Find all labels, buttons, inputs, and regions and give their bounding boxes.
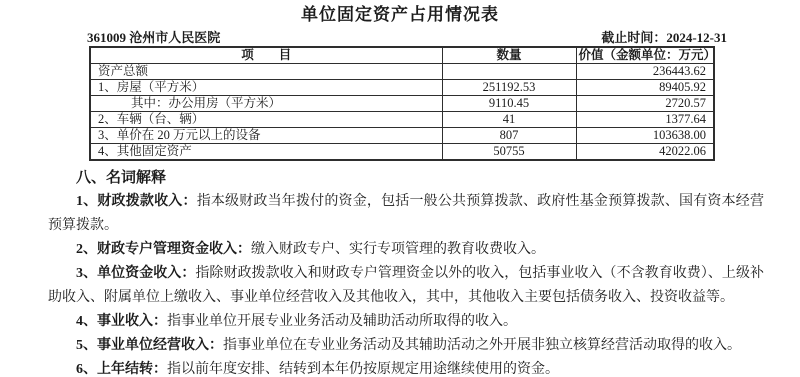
- row-quantity: 807: [442, 128, 576, 144]
- row-value: 236443.62: [576, 64, 714, 80]
- glossary-term-fiscal-special-account: 2、财政专户管理资金收入：缴入财政专户、实行专项管理的教育收费收入。: [48, 238, 764, 262]
- term-label: 6、上年结转：: [76, 362, 167, 377]
- glossary-term-prior-year-carryover: 6、上年结转：指以前年度安排、结转到本年仍按原规定用途继续使用的资金。: [48, 358, 764, 377]
- deadline: 截止时间：2024-12-31: [601, 30, 727, 46]
- table-header-row: 项 目 数量 价值（金额单位：万元）: [90, 47, 714, 64]
- row-item-label: 2、车辆（台、辆）: [90, 112, 442, 128]
- table-meta-row: 361009 沧州市人民医院 截止时间：2024-12-31: [87, 30, 727, 46]
- term-label: 3、单位资金收入：: [76, 266, 195, 281]
- unit-code-name: 361009 沧州市人民医院: [87, 30, 220, 46]
- row-item-label: 其中：办公用房（平方米）: [90, 96, 442, 112]
- term-label: 5、事业单位经营收入：: [76, 338, 223, 353]
- fixed-assets-table: 项 目 数量 价值（金额单位：万元） 资产总额 236443.62 1、房屋（平…: [89, 46, 715, 161]
- document-page: 单位固定资产占用情况表 361009 沧州市人民医院 截止时间：2024-12-…: [0, 5, 800, 377]
- table-row-equipment-over-200k: 3、单价在 20 万元以上的设备 807 103638.00: [90, 128, 714, 144]
- row-item-label: 资产总额: [90, 64, 442, 80]
- row-quantity: 50755: [442, 144, 576, 161]
- table-row-office-space: 其中：办公用房（平方米） 9110.45 2720.57: [90, 96, 714, 112]
- table-row-total-assets: 资产总额 236443.62: [90, 64, 714, 80]
- term-definition: 指事业单位在专业业务活动及其辅助活动之外开展非独立核算经营活动取得的收入。: [223, 338, 741, 353]
- glossary-term-operating-income: 5、事业单位经营收入：指事业单位在专业业务活动及其辅助活动之外开展非独立核算经营…: [48, 334, 764, 358]
- column-header-item: 项 目: [90, 47, 442, 64]
- row-value: 1377.64: [576, 112, 714, 128]
- glossary-term-institution-income: 4、事业收入：指事业单位开展专业业务活动及辅助活动所取得的收入。: [48, 310, 764, 334]
- row-value: 2720.57: [576, 96, 714, 112]
- row-value: 42022.06: [576, 144, 714, 161]
- deadline-date: 2024-12-31: [666, 30, 727, 45]
- table-row-buildings: 1、房屋（平方米） 251192.53 89405.92: [90, 80, 714, 96]
- row-quantity: 9110.45: [442, 96, 576, 112]
- term-definition: 指事业单位开展专业业务活动及辅助活动所取得的收入。: [167, 314, 517, 329]
- row-value: 103638.00: [576, 128, 714, 144]
- table-row-other-fixed-assets: 4、其他固定资产 50755 42022.06: [90, 144, 714, 161]
- term-label: 1、财政拨款收入：: [76, 194, 197, 209]
- column-header-quantity: 数量: [442, 47, 576, 64]
- row-value: 89405.92: [576, 80, 714, 96]
- term-label: 2、财政专户管理资金收入：: [76, 242, 251, 257]
- row-item-label: 3、单价在 20 万元以上的设备: [90, 128, 442, 144]
- glossary-term-unit-funds-income: 3、单位资金收入：指除财政拨款收入和财政专户管理资金以外的收入，包括事业收入（不…: [48, 262, 764, 310]
- glossary-term-fiscal-appropriation: 1、财政拨款收入：指本级财政当年拨付的资金，包括一般公共预算拨款、政府性基金预算…: [48, 190, 764, 238]
- row-item-label: 1、房屋（平方米）: [90, 80, 442, 96]
- row-quantity: [442, 64, 576, 80]
- glossary-heading: 八、名词解释: [76, 166, 764, 190]
- page-title: 单位固定资产占用情况表: [0, 5, 800, 24]
- row-quantity: 41: [442, 112, 576, 128]
- term-definition: 指以前年度安排、结转到本年仍按原规定用途继续使用的资金。: [167, 362, 559, 377]
- term-definition: 缴入财政专户、实行专项管理的教育收费收入。: [251, 242, 545, 257]
- row-quantity: 251192.53: [442, 80, 576, 96]
- glossary-section: 八、名词解释 1、财政拨款收入：指本级财政当年拨付的资金，包括一般公共预算拨款、…: [48, 166, 764, 377]
- column-header-value: 价值（金额单位：万元）: [576, 47, 714, 64]
- term-label: 4、事业收入：: [76, 314, 167, 329]
- row-item-label: 4、其他固定资产: [90, 144, 442, 161]
- table-row-vehicles: 2、车辆（台、辆） 41 1377.64: [90, 112, 714, 128]
- deadline-label: 截止时间：: [601, 30, 666, 45]
